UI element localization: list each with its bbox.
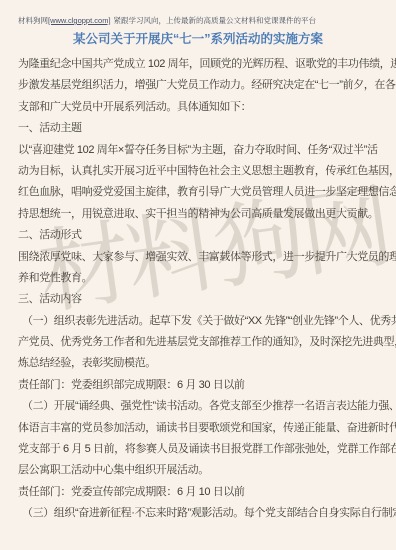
body-line: 以“喜迎建党 102 周年×誓夺任务目标”为主题，奋力夺取时间、任务“双过半”活 (18, 140, 382, 161)
body-line: 步激发基层党组织活力，增强广大党员工作动力。经研究决定在“七一”前夕，在各党 (18, 75, 382, 96)
body-line: 党支部于 6 月 5 日前，将参赛人员及诵读书目报党群工作部张弛处，党群工作部在… (18, 439, 382, 460)
body-line: 责任部门：党委组织部完成期限：6 月 30 日以前 (18, 375, 382, 396)
body-line: 体语言丰富的党员参加活动，诵读书目要歌颂党和国家，传递正能量、奋进新时代。各 (18, 418, 382, 439)
body-line: （三）组织“奋进新征程·不忘来时路”观影活动。每个党支部结合自身实际自行制定 (18, 503, 382, 524)
body-line: 一、活动主题 (18, 118, 382, 139)
body-line: 责任部门：党委宣传部完成期限：6 月 10 日以前 (18, 482, 382, 503)
body-line: 层公寓职工活动中心集中组织开展活动。 (18, 460, 382, 481)
body-line: 产党员、优秀党务工作者和先进基层党支部推荐工作的通知》，及时深挖先进典型，提 (18, 332, 382, 353)
document-title: 某公司关于开展庆“七一”系列活动的实施方案 (0, 29, 396, 47)
header-tagline: 紧跟学习风向，上传最新的高质量公文材料和党课课件的平台 (114, 16, 317, 25)
body-line: 炼总结经验，表彰奖励模范。 (18, 353, 382, 374)
body-line: 支部和广大党员中开展系列活动。具体通知如下： (18, 97, 382, 118)
document-header: 材料狗网[www.clgoppt.com]紧跟学习风向，上传最新的高质量公文材料… (18, 16, 386, 26)
body-line: （二）开展“诵经典、强党性”读书活动。各党支部至少推荐一名语言表达能力强、肢 (18, 396, 382, 417)
body-line: 三、活动内容 (18, 289, 382, 310)
body-line: 动为目标，认真扎实开展习近平中国特色社会主义思想主题教育，传承红色基因，厚植 (18, 161, 382, 182)
body-line: 持思想统一，用锐意进取、实干担当的精神为公司高质量发展做出更大贡献。 (18, 204, 382, 225)
body-line: 红色血脉，唱响爱党爱国主旋律，教育引导广大党员管理人员进一步坚定理想信念、保 (18, 182, 382, 203)
document-page: 材料狗网 材料狗网[www.clgoppt.com]紧跟学习风向，上传最新的高质… (0, 0, 396, 550)
site-name: 材料狗网 (18, 16, 48, 25)
body-line: 养和党性教育。 (18, 268, 382, 289)
body-line: 为隆重纪念中国共产党成立 102 周年，回顾党的光辉历程、讴歌党的丰功伟绩，进一 (18, 54, 382, 75)
body-line: 围绕浓厚党味、大家参与、增强实效、丰富载体等形式，进一步提升广大党员的理论素 (18, 247, 382, 268)
body-line: 二、活动形式 (18, 225, 382, 246)
header-link[interactable]: [www.clgoppt.com] (48, 16, 111, 25)
body-line: （一）组织表彰先进活动。起草下发《关于做好“XX 先锋”“创业先锋”个人、优秀共 (18, 311, 382, 332)
document-body: 为隆重纪念中国共产党成立 102 周年，回顾党的光辉历程、讴歌党的丰功伟绩，进一… (18, 54, 382, 525)
